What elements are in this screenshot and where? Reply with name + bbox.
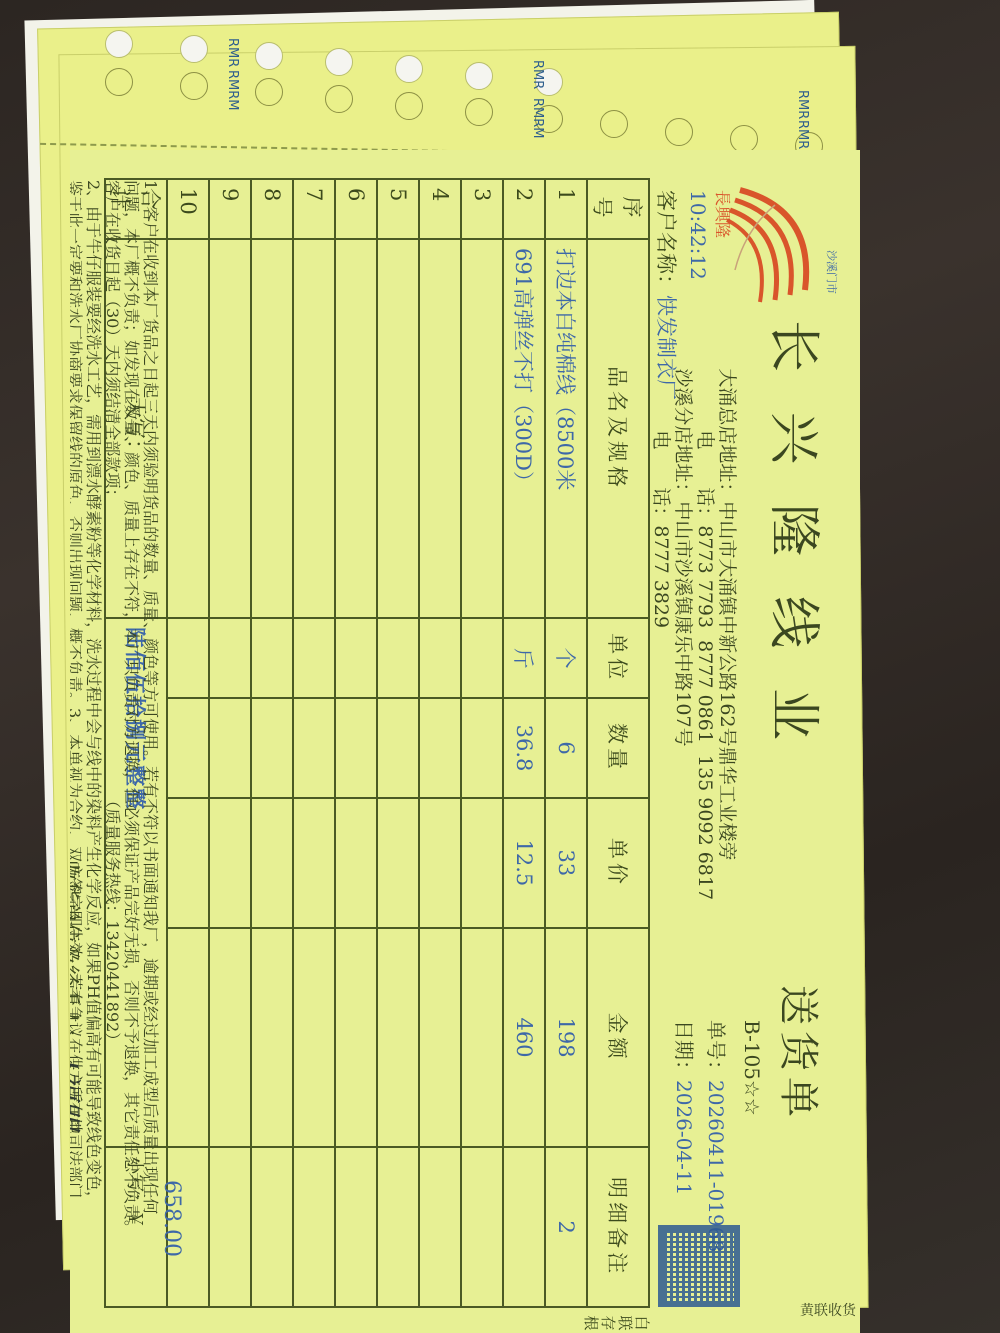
stack-stamp: RMR [530, 60, 545, 89]
cell-unit: 斤 [503, 618, 545, 698]
terms-line: 2、由于牛仔服装要经洗水工艺，需用到漂水酵素粉等化学材料，洗水过程中会与线中的染… [84, 180, 103, 1320]
punch-hole [180, 35, 208, 63]
cell-no: 9 [209, 179, 251, 239]
cell-unit [251, 618, 293, 698]
cell-name [167, 239, 209, 618]
cell-note [461, 1147, 503, 1307]
cell-price [377, 798, 419, 928]
cell-no: 4 [419, 179, 461, 239]
cell-name [293, 239, 335, 618]
cell-unit [209, 618, 251, 698]
terms-line: 客户在收货日起（30）天内须结清全部款项； （质量服务热线：1342044189… [103, 180, 122, 1320]
cell-name [335, 239, 377, 618]
header-note: 明细备注 [587, 1147, 649, 1307]
cell-no: 7 [293, 179, 335, 239]
cell-name: 打边本白纯棉线（8500米 [545, 239, 587, 618]
cell-price: 12.5 [503, 798, 545, 928]
sender-signature: ぷ [70, 376, 73, 410]
cell-name [461, 239, 503, 618]
cell-unit [335, 618, 377, 698]
customer-name: 客户名称：快发制衣厂 [652, 190, 682, 400]
punch-ring [465, 98, 493, 126]
cell-unit [167, 618, 209, 698]
cell-unit [293, 618, 335, 698]
table-row: 10 [167, 179, 209, 1307]
cell-note [419, 1147, 461, 1307]
punch-hole [465, 62, 493, 90]
cell-qty [293, 698, 335, 798]
table-row: 7 [293, 179, 335, 1307]
cell-no: 10 [167, 179, 209, 239]
punch-hole [395, 55, 423, 83]
punch-ring [105, 68, 133, 96]
order-number: 单号：20260411-01968 [703, 1020, 732, 1252]
punch-hole [105, 30, 133, 58]
punch-ring [255, 78, 283, 106]
punch-ring [600, 110, 628, 138]
receiver-label: 收货单位及经手人： [70, 860, 85, 1049]
form-code: B-105☆☆ [740, 1020, 764, 1116]
customer-value: 快发制衣厂 [654, 295, 678, 400]
cell-unit [461, 618, 503, 698]
order-date-value: 2026-04-11 [672, 1080, 696, 1195]
cell-price [293, 798, 335, 928]
punch-ring [665, 118, 693, 146]
header-qty: 数量 [587, 698, 649, 798]
cell-price [251, 798, 293, 928]
cell-amount [419, 928, 461, 1148]
table-row: 4 [419, 179, 461, 1307]
table-row: 5 [377, 179, 419, 1307]
cell-amount: 460 [503, 928, 545, 1148]
header-name: 品名及规格 [587, 239, 649, 618]
items-table: 序号 品名及规格 单位 数量 单价 金额 明细备注 1 打边本白纯棉线（8500… [104, 178, 650, 1308]
cell-no: 1 [545, 179, 587, 239]
cell-name [251, 239, 293, 618]
cell-qty [167, 698, 209, 798]
delivery-note: 長興隆 沙溪门市 长兴隆线业 送货单 大涌总店地址：中山市大涌镇中新公路162号… [70, 150, 860, 1333]
header-unit: 单位 [587, 618, 649, 698]
cell-note [209, 1147, 251, 1307]
header-no: 序号 [587, 179, 649, 239]
document-type: 送货单 [773, 985, 830, 1123]
cell-price: 33 [545, 798, 587, 928]
cell-note [377, 1147, 419, 1307]
total-lower-value: 658.00 [159, 1180, 184, 1257]
punch-ring [180, 72, 208, 100]
stack-stamp: RMR [225, 38, 240, 67]
cell-name [419, 239, 461, 618]
next-copy-label: 黄联收货 [800, 1300, 856, 1320]
copy-label: 白联存根 [582, 1312, 650, 1333]
punch-ring [325, 85, 353, 113]
cell-price [209, 798, 251, 928]
customer-label: 客户名称： [654, 190, 678, 295]
logo-subtext: 沙溪门市 [824, 250, 840, 294]
cell-amount: 198 [545, 928, 587, 1148]
punch-ring [730, 125, 758, 153]
cell-qty [251, 698, 293, 798]
cell-no: 5 [377, 179, 419, 239]
branch-phone-value: 8777 3829 [650, 525, 672, 628]
stack-stamp: RMR [795, 90, 810, 119]
cell-no: 2 [503, 179, 545, 239]
cell-amount [377, 928, 419, 1148]
cell-price [167, 798, 209, 928]
company-logo: 長興隆 [715, 170, 835, 310]
cell-qty: 36.8 [503, 698, 545, 798]
print-time: 10:42:12 [686, 190, 710, 280]
cell-amount [209, 928, 251, 1148]
cell-note [503, 1147, 545, 1307]
branch-phone-label: 电 话： [650, 430, 672, 525]
cell-qty: 6 [545, 698, 587, 798]
table-row: 6 [335, 179, 377, 1307]
receiver-signature: J福明 [70, 1060, 91, 1129]
cell-no: 3 [461, 179, 503, 239]
table-row: 3 [461, 179, 503, 1307]
punch-ring [395, 92, 423, 120]
cell-amount [293, 928, 335, 1148]
receipt-stack: RMR RMRM RMR RMRM RMR RMRM 長興隆 沙溪门市 长兴隆线… [40, 10, 870, 1330]
terms-line: 1、客户在收到本厂货品之日起三天内须验明货品的数量、质量、颜色等方可使用。若有不… [141, 180, 160, 1320]
company-name: 长兴隆线业 [761, 320, 836, 780]
cell-price [461, 798, 503, 928]
table-row: 1 打边本白纯棉线（8500米 个 6 33 198 2 [545, 179, 587, 1307]
cell-name [209, 239, 251, 618]
cell-name [377, 239, 419, 618]
cell-note [251, 1147, 293, 1307]
cell-note: 2 [545, 1147, 587, 1307]
cell-note [335, 1147, 377, 1307]
cell-qty [419, 698, 461, 798]
table-row: 9 [209, 179, 251, 1307]
table-header-row: 序号 品名及规格 单位 数量 单价 金额 明细备注 [587, 179, 649, 1307]
stack-stamp: RMRM [530, 98, 545, 139]
punch-hole [255, 42, 283, 70]
cell-unit [377, 618, 419, 698]
cell-unit [419, 618, 461, 698]
delivery-note-body: 長興隆 沙溪门市 长兴隆线业 送货单 大涌总店地址：中山市大涌镇中新公路162号… [70, 150, 860, 1333]
cell-note [293, 1147, 335, 1307]
header-amount: 金额 [587, 928, 649, 1148]
cell-unit: 个 [545, 618, 587, 698]
table-row: 2 691高弹丝不打（300D） 斤 36.8 12.5 460 [503, 179, 545, 1307]
cell-no: 6 [335, 179, 377, 239]
svg-text:長興隆: 長興隆 [715, 190, 732, 238]
cell-amount [461, 928, 503, 1148]
cell-price [335, 798, 377, 928]
cell-amount [335, 928, 377, 1148]
cell-name: 691高弹丝不打（300D） [503, 239, 545, 618]
signature-row: 送货单位及经手人： ぷ 收货单位及经手人： J福明 [70, 180, 85, 1320]
punch-hole [325, 48, 353, 76]
terms-line: 问题，本厂概不负责；如发现在数量、颜色、质量上存在不符，本厂只负责对方退换，但必… [122, 180, 141, 1320]
cell-qty [335, 698, 377, 798]
cell-qty [209, 698, 251, 798]
cell-no: 8 [251, 179, 293, 239]
cell-qty [461, 698, 503, 798]
stack-stamp: RMRM [225, 70, 240, 111]
cell-amount [167, 928, 209, 1148]
cell-price [419, 798, 461, 928]
header-price: 单价 [587, 798, 649, 928]
order-date: 日期：2026-04-11 [671, 1020, 700, 1195]
cell-amount [251, 928, 293, 1148]
cell-qty [377, 698, 419, 798]
qr-code-icon [658, 1225, 740, 1307]
order-number-label: 单号： [704, 1020, 728, 1080]
table-row: 8 [251, 179, 293, 1307]
order-date-label: 日期： [672, 1020, 696, 1080]
